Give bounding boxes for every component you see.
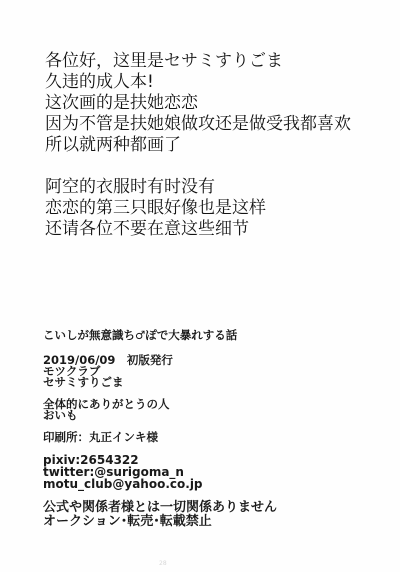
message-paragraph-1: 各位好，这里是セサミすりごま 久违的成人本! 这次画的是扶她恋恋 因为不管是扶她… xyxy=(45,51,351,156)
printer-name: 印刷所：丸正インキ様 xyxy=(43,432,277,443)
message-line: 各位好，这里是セサミすりごま xyxy=(45,51,351,72)
author-name: セサミすりごま xyxy=(43,377,277,388)
disclaimer: 公式や関係者様とは一切関係ありません xyxy=(43,501,277,515)
page-number: 28 xyxy=(159,560,167,567)
thanks-name: おいも xyxy=(43,410,277,421)
thanks-label: 全体的にありがとうの人 xyxy=(43,399,277,410)
contact-email: motu_club@yahoo.co.jp xyxy=(43,478,277,490)
message-line: 阿空的衣服时有时没有 xyxy=(45,177,351,198)
author-message: 各位好，这里是セサミすりごま 久违的成人本! 这次画的是扶她恋恋 因为不管是扶她… xyxy=(45,51,351,240)
legal-notice: 公式や関係者様とは一切関係ありません オークション･転売･転載禁止 xyxy=(43,501,277,529)
book-page: 各位好，这里是セサミすりごま 久违的成人本! 这次画的是扶她恋恋 因为不管是扶她… xyxy=(0,0,400,572)
message-paragraph-2: 阿空的衣服时有时没有 恋恋的第三只眼好像也是这样 还请各位不要在意这些细节 xyxy=(45,177,351,240)
printer-info: 印刷所：丸正インキ様 xyxy=(43,432,277,443)
book-title-block: こいしが無意識ち♂ぽで大暴れする話 xyxy=(43,330,277,341)
thanks-info: 全体的にありがとうの人 おいも xyxy=(43,399,277,421)
contact-info: pixiv:2654322 twitter:@surigoma_n motu_c… xyxy=(43,454,277,490)
message-line: 恋恋的第三只眼好像也是这样 xyxy=(45,198,351,219)
resale-prohibition: オークション･転売･転載禁止 xyxy=(43,515,277,529)
colophon: こいしが無意識ち♂ぽで大暴れする話 2019/06/09 初版発行 モツクラブ … xyxy=(43,330,277,540)
message-line: 久违的成人本! xyxy=(45,72,351,93)
message-line: 这次画的是扶她恋恋 xyxy=(45,93,351,114)
release-info: 2019/06/09 初版発行 モツクラブ セサミすりごま xyxy=(43,355,277,388)
message-line: 所以就两种都画了 xyxy=(45,135,351,156)
message-line: 因为不管是扶她娘做攻还是做受我都喜欢 xyxy=(45,114,351,135)
message-line: 还请各位不要在意这些细节 xyxy=(45,219,351,240)
book-title: こいしが無意識ち♂ぽで大暴れする話 xyxy=(43,330,277,341)
